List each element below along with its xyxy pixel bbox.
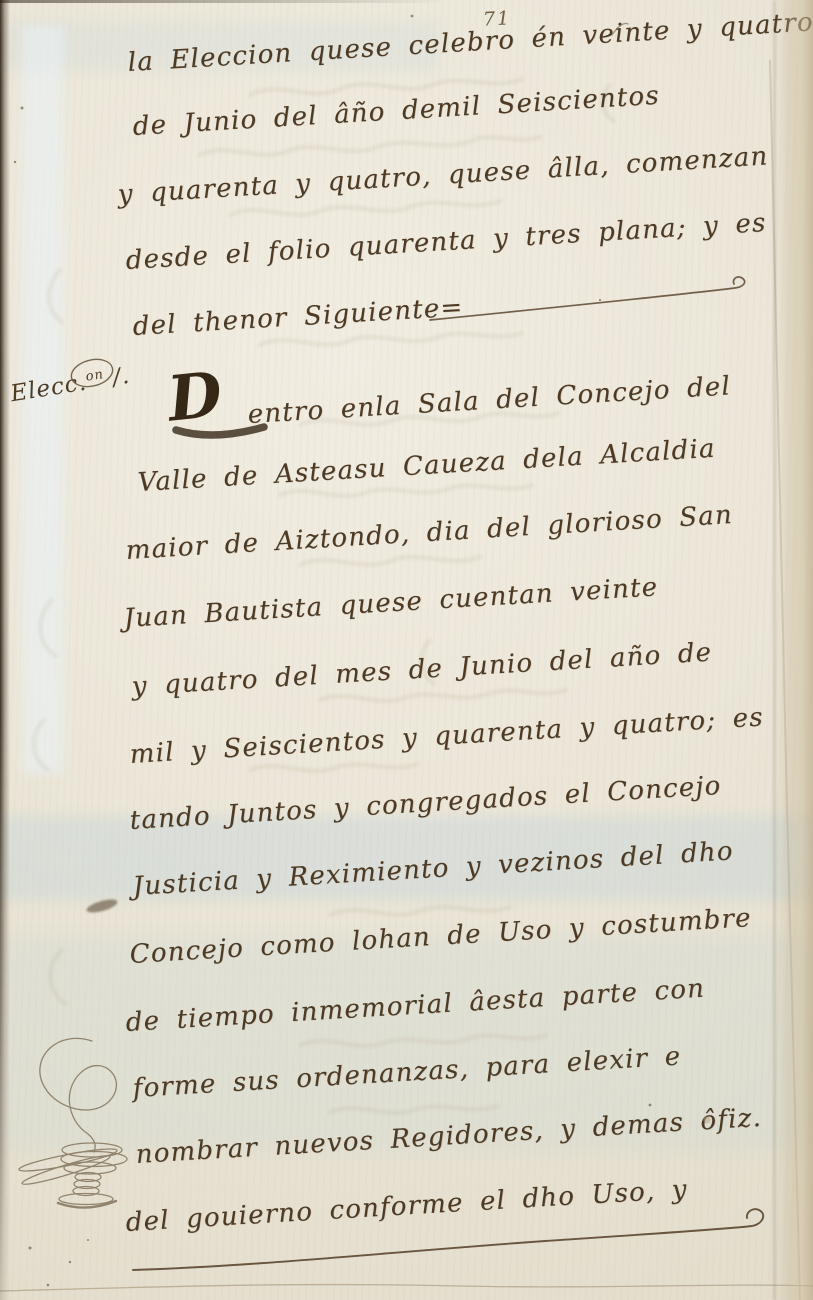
paper-crease-right [770,60,800,1300]
ink-smudge [85,897,119,915]
margin-note-superscript: on [85,367,105,385]
page-edge-right [775,0,813,1300]
manuscript-line: y quarenta y quatro, quese âlla, comenza… [117,141,769,210]
manuscript-line: y quatro del mes de Junio del año de [131,638,713,702]
drop-cap-initial: D [165,363,225,430]
manuscript-line: Valle de Asteasu Caueza dela Alcaldia [137,434,716,498]
manuscript-line: de Junio del âño demil Seiscientos [132,81,661,142]
manuscript-line: Justicia y Reximiento y vezinos del dho [132,836,735,902]
page-edge-top [0,0,447,3]
manuscript-line: de tiempo inmemorial âesta parte con [125,974,706,1038]
manuscript-line: Juan Bautista quese cuentan veinte [123,572,659,634]
manuscript-line: maior de Aiztondo, dia del glorioso San [125,500,734,566]
manuscript-line: del gouierno conforme el dho Uso, y [125,1175,689,1238]
manuscript-line: desde el folio quarenta y tres plana; y … [125,208,767,276]
binding-edge-left [0,0,10,1300]
manuscript-line: nombrar nuevos Regidores, y demas ôfiz. [135,1103,763,1170]
margin-doodle [18,1038,127,1207]
paper-crease-bottom [0,1285,813,1291]
manuscript-line: del thenor Siguiente= [132,292,464,342]
manuscript-line: entro enla Sala del Concejo del [247,371,732,430]
manuscript-page: 71 Elecc.on /. la Eleccion quese celebro… [0,0,813,1300]
manuscript-line: la Eleccion quese celebro én veinte y qu… [127,7,813,78]
manuscript-line: tando Juntos y congregados el Concejo [129,771,722,836]
manuscript-line: forme sus ordenanzas, para elexir e [132,1041,682,1104]
margin-note-slash: /. [103,363,132,393]
manuscript-line: mil y Seiscientos y quarenta y quatro; e… [129,702,765,770]
page-edge-crease [773,0,776,1300]
margin-note: Elecc.on /. [9,363,132,408]
siguiente-rule [430,277,745,320]
margin-note-label: Elecc. [9,370,89,408]
manuscript-line: Concejo como lohan de Uso y costumbre [129,903,753,970]
